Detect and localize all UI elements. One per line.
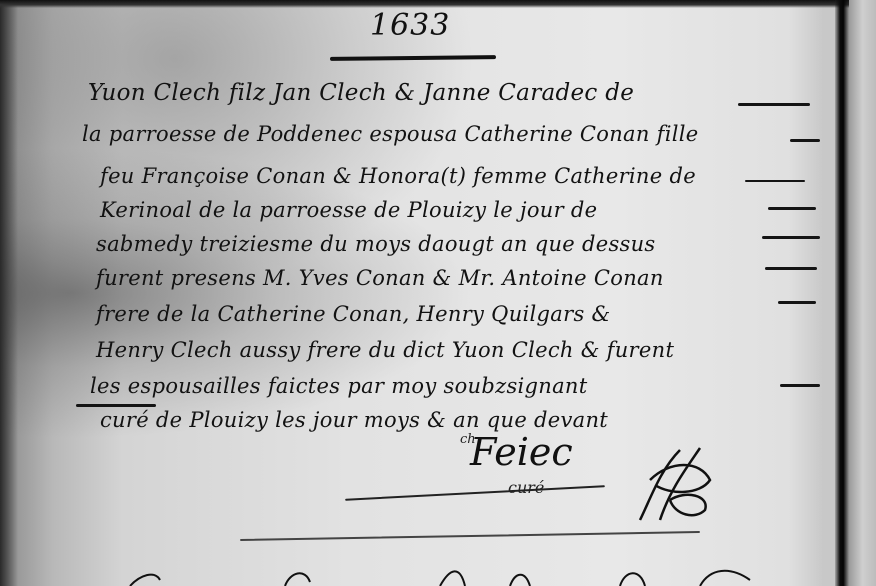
book-gutter	[835, 0, 849, 586]
register-line-8: Henry Clech aussy frere du dict Yuon Cle…	[96, 338, 674, 362]
signature-subscript: curé	[508, 478, 544, 497]
cure-signature: Feiec	[470, 430, 573, 474]
year-heading: 1633	[370, 8, 450, 43]
line-filler-9	[780, 384, 820, 387]
line-filler-1	[738, 103, 810, 106]
page-top-edge	[0, 0, 876, 8]
manuscript-page: 1633 Yuon Clech filz Jan Clech & Janne C…	[0, 0, 876, 586]
register-line-9: les espousailles faictes par moy soubzsi…	[90, 374, 588, 398]
line-filler-9-left	[76, 404, 156, 407]
line-filler-3	[745, 180, 805, 182]
register-line-6: furent presens M. Yves Conan & Mr. Antoi…	[96, 266, 664, 290]
line-filler-7	[778, 301, 816, 304]
register-line-2: la parroesse de Poddenec espousa Catheri…	[82, 122, 699, 146]
next-entry-partial	[60, 560, 780, 586]
year-underline	[330, 55, 496, 61]
register-line-3: feu Françoise Conan & Honora(t) femme Ca…	[100, 164, 696, 188]
signature-stroke	[345, 485, 605, 501]
register-line-5: sabmedy treiziesme du moys daougt an que…	[96, 232, 656, 256]
line-filler-6	[765, 267, 817, 270]
register-line-1: Yuon Clech filz Jan Clech & Janne Carade…	[88, 80, 634, 106]
line-filler-2	[790, 139, 820, 142]
register-line-10: curé de Plouizy les jour moys & an que d…	[100, 408, 608, 432]
facing-page-edge	[849, 0, 876, 586]
register-line-7: frere de la Catherine Conan, Henry Quilg…	[96, 302, 611, 326]
signature-flourish-icon	[630, 440, 720, 530]
line-filler-5	[762, 236, 820, 239]
page-edge-shadow	[0, 0, 18, 586]
entry-closing-rule	[240, 531, 700, 541]
register-line-4: Kerinoal de la parroesse de Plouizy le j…	[100, 198, 597, 222]
line-filler-4	[768, 207, 816, 210]
